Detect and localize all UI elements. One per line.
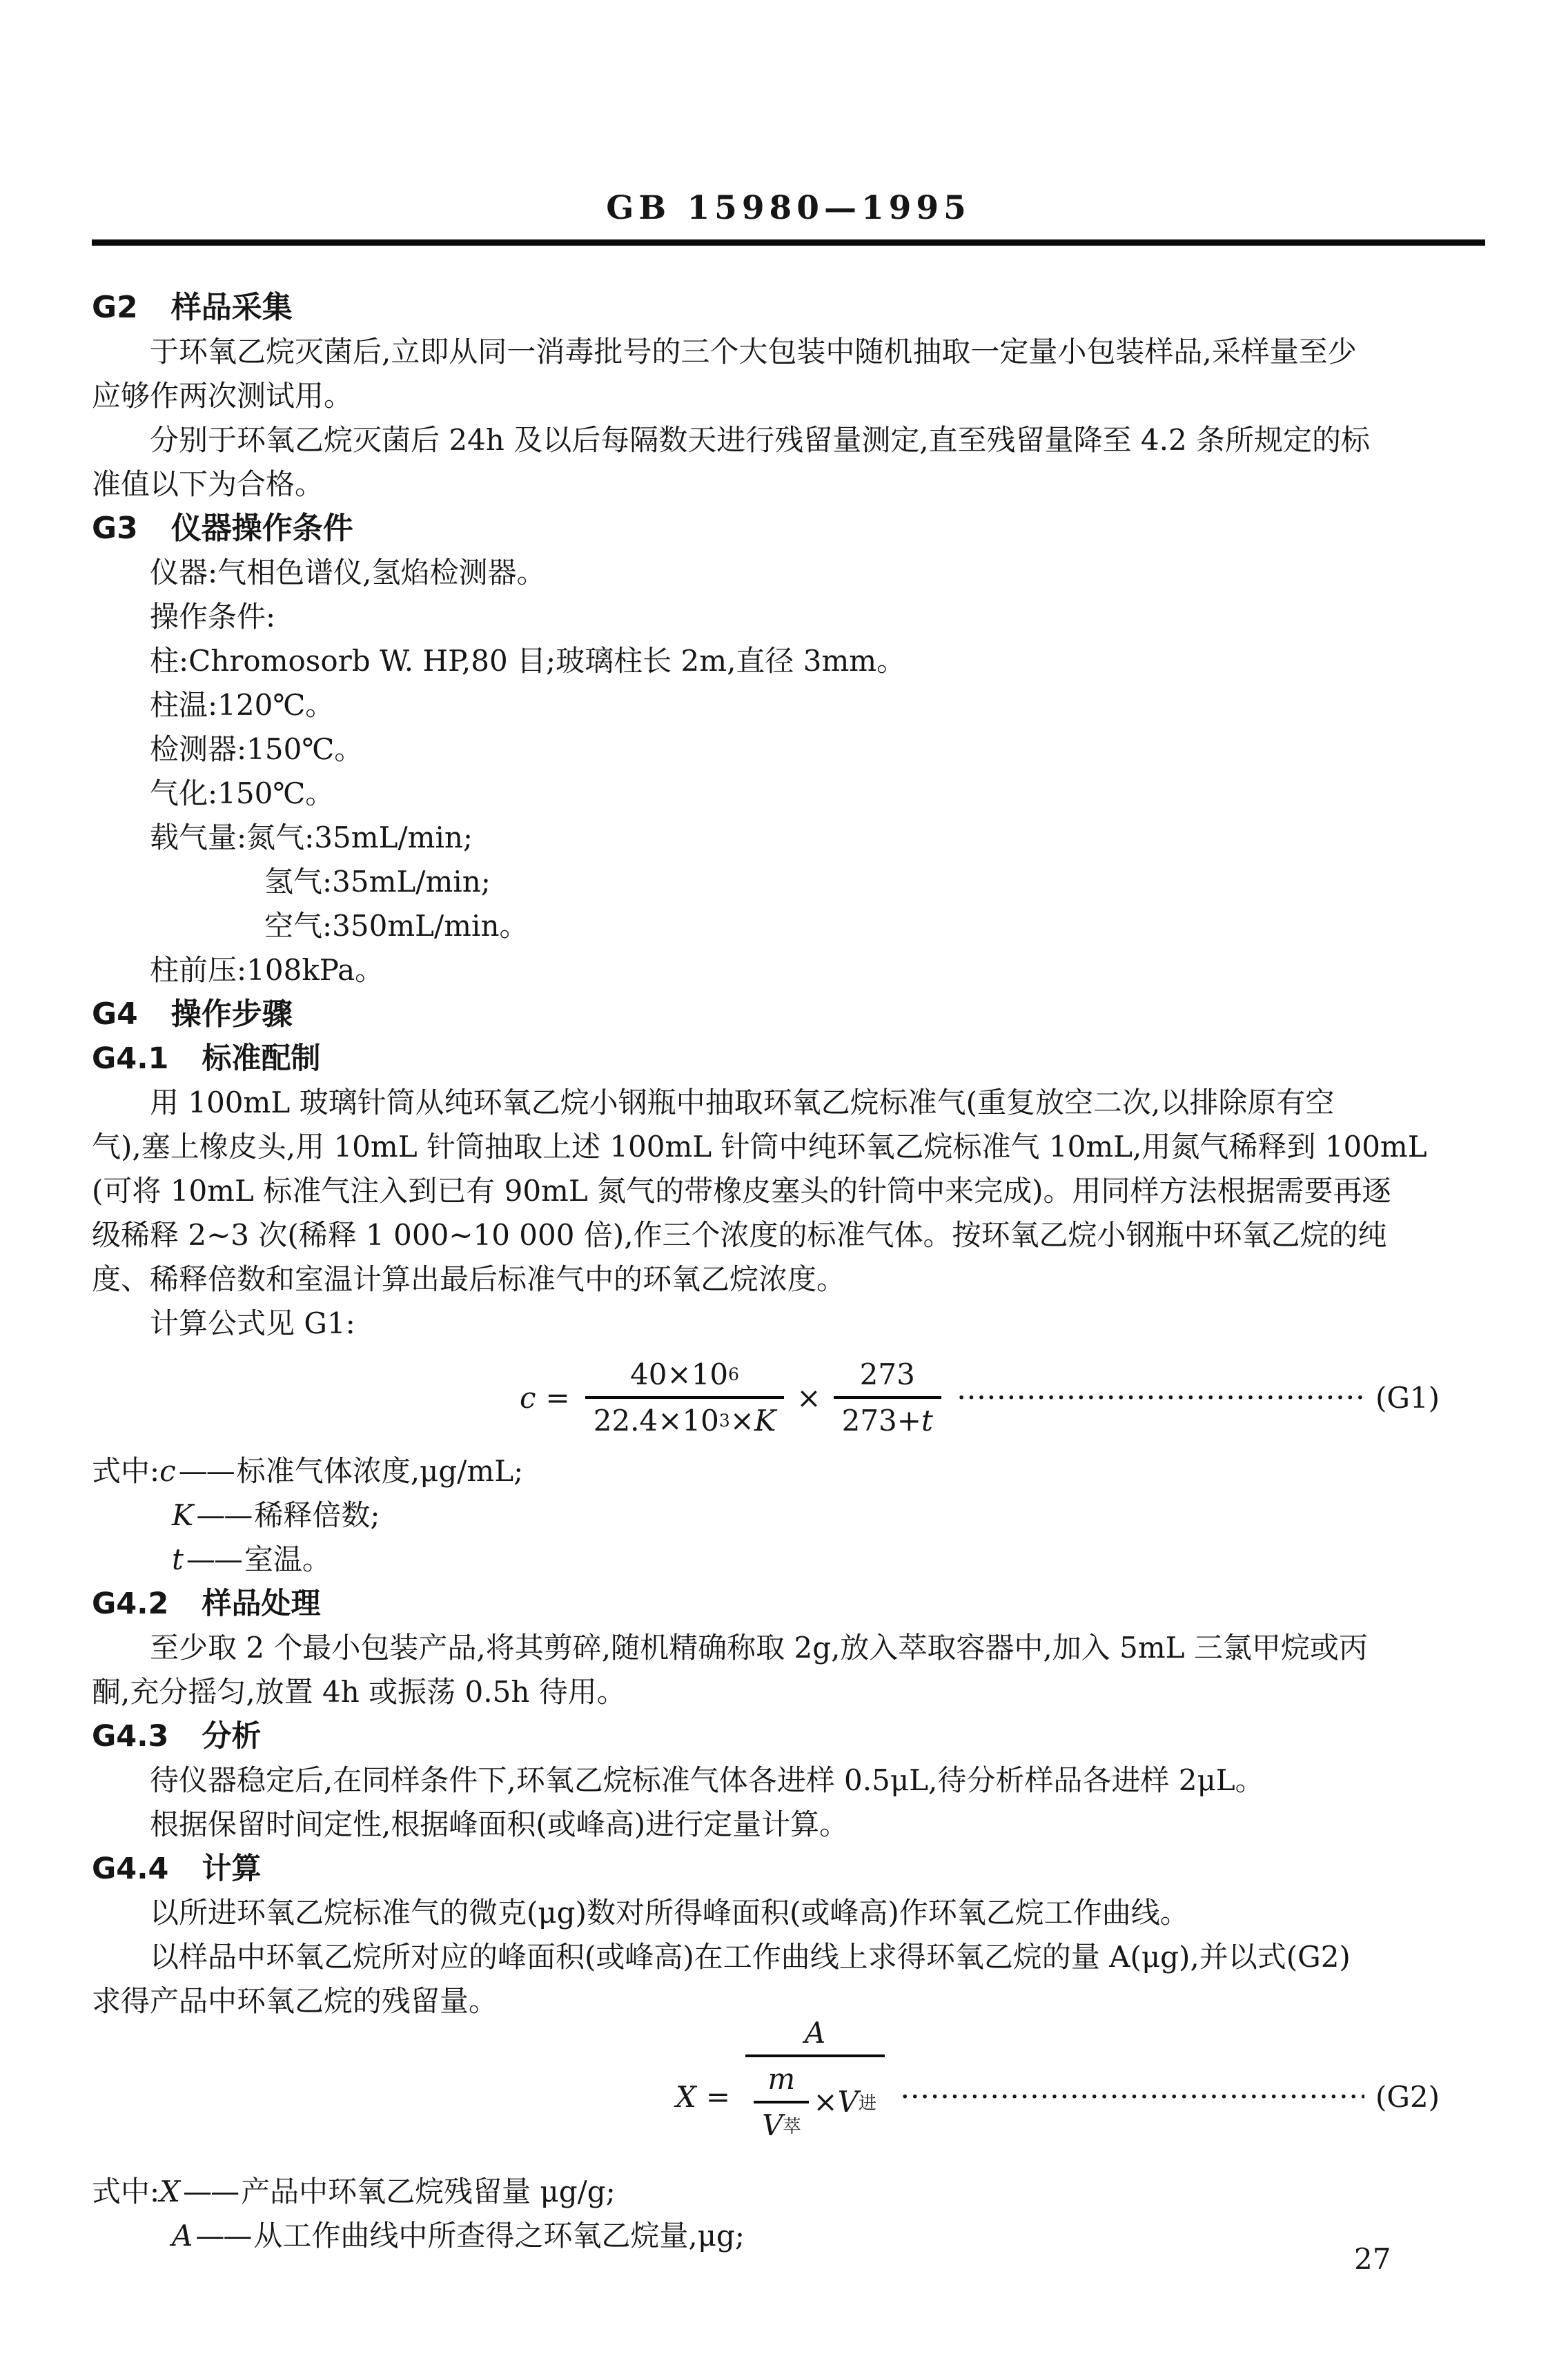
definition-text: 标准气体浓度,μg/mL; <box>237 1454 524 1488</box>
paragraph-line: 柱前压:108kPa。 <box>92 948 1485 992</box>
clause-heading-g4-3: G4.3分析 <box>92 1714 1485 1758</box>
clause-title: 计算 <box>202 1852 261 1886</box>
clause-number: G2 <box>92 290 138 325</box>
numerator-base: 40×10 <box>630 1357 728 1391</box>
paragraph-line: 根据保留时间定性,根据峰面积(或峰高)进行定量计算。 <box>92 1803 1485 1847</box>
fraction-numerator: A <box>796 2016 834 2054</box>
clause-heading-g4: G4操作步骤 <box>92 992 1485 1037</box>
inner-fraction-denominator: V萃 <box>754 2101 809 2142</box>
paragraph-line: 柱温:120℃。 <box>92 683 1485 727</box>
paragraph-line: 气),塞上橡皮头,用 10mL 针筒抽取上述 100mL 针筒中纯环氧乙烷标准气… <box>92 1125 1485 1169</box>
paragraph-line: 气化:150℃。 <box>92 772 1485 816</box>
times-sign: × <box>730 1404 754 1438</box>
dot-leader: ········································… <box>901 2085 1364 2109</box>
paragraph-line: 度、稀释倍数和室温计算出最后标准气中的环氧乙烷浓度。 <box>92 1257 1485 1302</box>
inner-fraction-numerator: m <box>759 2062 803 2101</box>
definition-text: 产品中环氧乙烷残留量 μg/g; <box>241 2175 616 2208</box>
paragraph-line: 酮,充分摇匀,放置 4h 或振荡 0.5h 待用。 <box>92 1670 1485 1714</box>
denominator-variable: t <box>921 1404 933 1438</box>
fraction-numerator: 273 <box>852 1357 923 1396</box>
paragraph-line: 分别于环氧乙烷灭菌后 24h 及以后每隔数天进行残留量测定,直至残留量降至 4.… <box>92 418 1485 462</box>
denominator-base: 273+ <box>842 1404 921 1438</box>
document-page: GB 15980—1995 G2样品采集 于环氧乙烷灭菌后,立即从同一消毒批号的… <box>0 0 1568 2258</box>
paragraph-line: 操作条件: <box>92 595 1485 639</box>
denominator-exponent: 3 <box>719 1411 730 1431</box>
symbol-definition-line: 式中:X——产品中环氧乙烷残留量 μg/g; <box>92 2170 1485 2214</box>
definition-prefix: 式中: <box>92 1454 159 1488</box>
clause-title: 标准配制 <box>202 1041 320 1076</box>
denominator-variable: V <box>838 2085 859 2119</box>
denominator-variable: K <box>754 1404 776 1438</box>
definition-symbol: K <box>172 1498 193 1532</box>
paragraph-line: 以所进环氧乙烷标准气的微克(μg)数对所得峰面积(或峰高)作环氧乙烷工作曲线。 <box>92 1891 1485 1935</box>
definition-text: 稀释倍数; <box>254 1498 380 1532</box>
page-number: 27 <box>1354 2237 1391 2282</box>
times-sign: × <box>813 2085 837 2119</box>
definition-symbol: t <box>172 1542 184 1576</box>
clause-number: G4.1 <box>92 1041 168 1076</box>
formula-g2: X = A m V萃 × V进 ························… <box>92 2023 1485 2170</box>
clause-heading-g4-1: G4.1标准配制 <box>92 1037 1485 1081</box>
fraction: 40×106 22.4×103×K <box>585 1357 785 1438</box>
symbol-definition-line: 式中:c——标准气体浓度,μg/mL; <box>92 1449 1485 1493</box>
fraction: 273 273+t <box>834 1357 941 1438</box>
definition-symbol: A <box>172 2219 193 2253</box>
definition-dash: —— <box>196 1498 251 1532</box>
formula-number-label: (G1) <box>1375 1381 1440 1415</box>
definition-dash: —— <box>183 2175 238 2208</box>
clause-title: 分析 <box>202 1719 261 1754</box>
formula-lhs-variable: X <box>676 2080 696 2114</box>
equals-sign: = <box>706 2080 730 2114</box>
formula-number-label: (G2) <box>1375 2080 1440 2114</box>
clause-title: 样品采集 <box>171 290 293 325</box>
clause-number: G3 <box>92 511 138 546</box>
fraction-numerator: 40×106 <box>622 1357 747 1396</box>
definition-text: 室温。 <box>244 1542 331 1576</box>
definition-text: 从工作曲线中所查得之环氧乙烷量,μg; <box>253 2219 745 2253</box>
clause-number: G4.3 <box>92 1719 168 1754</box>
paragraph-line: 准值以下为合格。 <box>92 462 1485 507</box>
fraction: A m V萃 × V进 <box>745 2016 885 2142</box>
paragraph-line: 氢气:35mL/min; <box>92 860 1485 904</box>
paragraph-line: 应够作两次测试用。 <box>92 374 1485 418</box>
paragraph-line: 检测器:150℃。 <box>92 727 1485 772</box>
clause-title: 样品处理 <box>202 1587 320 1621</box>
header-rule-divider <box>92 239 1485 246</box>
paragraph-line: 以样品中环氧乙烷所对应的峰面积(或峰高)在工作曲线上求得环氧乙烷的量 A(μg)… <box>92 1935 1485 1979</box>
paragraph-line: 仪器:气相色谱仪,氢焰检测器。 <box>92 551 1485 595</box>
paragraph-line: 柱:Chromosorb W. HP,80 目;玻璃柱长 2m,直径 3mm。 <box>92 639 1485 683</box>
clause-heading-g4-2: G4.2样品处理 <box>92 1582 1485 1626</box>
denominator-subscript: 进 <box>859 2089 876 2115</box>
clause-number: G4 <box>92 997 138 1032</box>
clause-heading-g2: G2样品采集 <box>92 286 1485 330</box>
paragraph-line: 计算公式见 G1: <box>92 1302 1485 1346</box>
fraction-denominator: m V萃 × V进 <box>745 2054 885 2142</box>
clause-heading-g3: G3仪器操作条件 <box>92 507 1485 551</box>
paragraph-line: 至少取 2 个最小包装产品,将其剪碎,随机精确称取 2g,放入萃取容器中,加入 … <box>92 1626 1485 1670</box>
definition-symbol: c <box>159 1454 176 1488</box>
formula-lhs-variable: c <box>520 1381 536 1415</box>
equals-sign: = <box>546 1381 570 1415</box>
clause-number: G4.2 <box>92 1587 168 1621</box>
definition-dash: —— <box>179 1454 234 1488</box>
definition-dash: —— <box>195 2219 251 2253</box>
times-sign: × <box>796 1381 821 1415</box>
definition-prefix: 式中: <box>92 2175 159 2208</box>
paragraph-line: 载气量:氮气:35mL/min; <box>92 816 1485 860</box>
paragraph-line: (可将 10mL 标准气注入到已有 90mL 氮气的带橡皮塞头的针筒中来完成)。… <box>92 1169 1485 1213</box>
document-body: G2样品采集 于环氧乙烷灭菌后,立即从同一消毒批号的三个大包装中随机抽取一定量小… <box>92 286 1485 2258</box>
symbol-definition-line: K——稀释倍数; <box>92 1493 1485 1538</box>
clause-title: 仪器操作条件 <box>171 511 353 546</box>
denominator-subscript: 萃 <box>783 2112 801 2138</box>
numerator-exponent: 6 <box>728 1364 739 1384</box>
standard-code-header: GB 15980—1995 <box>92 188 1485 229</box>
denominator-base: 22.4×10 <box>594 1404 719 1438</box>
paragraph-line: 空气:350mL/min。 <box>92 904 1485 948</box>
fraction-denominator: 22.4×103×K <box>585 1396 785 1438</box>
clause-heading-g4-4: G4.4计算 <box>92 1847 1485 1891</box>
fraction-denominator: 273+t <box>834 1396 941 1438</box>
definition-symbol: X <box>159 2175 180 2208</box>
paragraph-line: 于环氧乙烷灭菌后,立即从同一消毒批号的三个大包装中随机抽取一定量小包装样品,采样… <box>92 330 1485 374</box>
symbol-definition-line: A——从工作曲线中所查得之环氧乙烷量,μg; <box>92 2214 1485 2258</box>
clause-title: 操作步骤 <box>171 997 293 1032</box>
clause-number: G4.4 <box>92 1852 168 1886</box>
dot-leader: ········································… <box>958 1386 1364 1410</box>
paragraph-line: 用 100mL 玻璃针筒从纯环氧乙烷小钢瓶中抽取环氧乙烷标准气(重复放空二次,以… <box>92 1081 1485 1125</box>
inner-fraction: m V萃 <box>754 2062 809 2142</box>
paragraph-line: 待仪器稳定后,在同样条件下,环氧乙烷标准气体各进样 0.5μL,待分析样品各进样… <box>92 1758 1485 1803</box>
formula-g1: c = 40×106 22.4×103×K × 273 273+t ······… <box>92 1346 1485 1449</box>
symbol-definition-line: t——室温。 <box>92 1538 1485 1582</box>
paragraph-line: 级稀释 2~3 次(稀释 1 000~10 000 倍),作三个浓度的标准气体。… <box>92 1213 1485 1257</box>
denominator-variable: V <box>762 2108 783 2142</box>
definition-dash: —— <box>186 1542 242 1576</box>
